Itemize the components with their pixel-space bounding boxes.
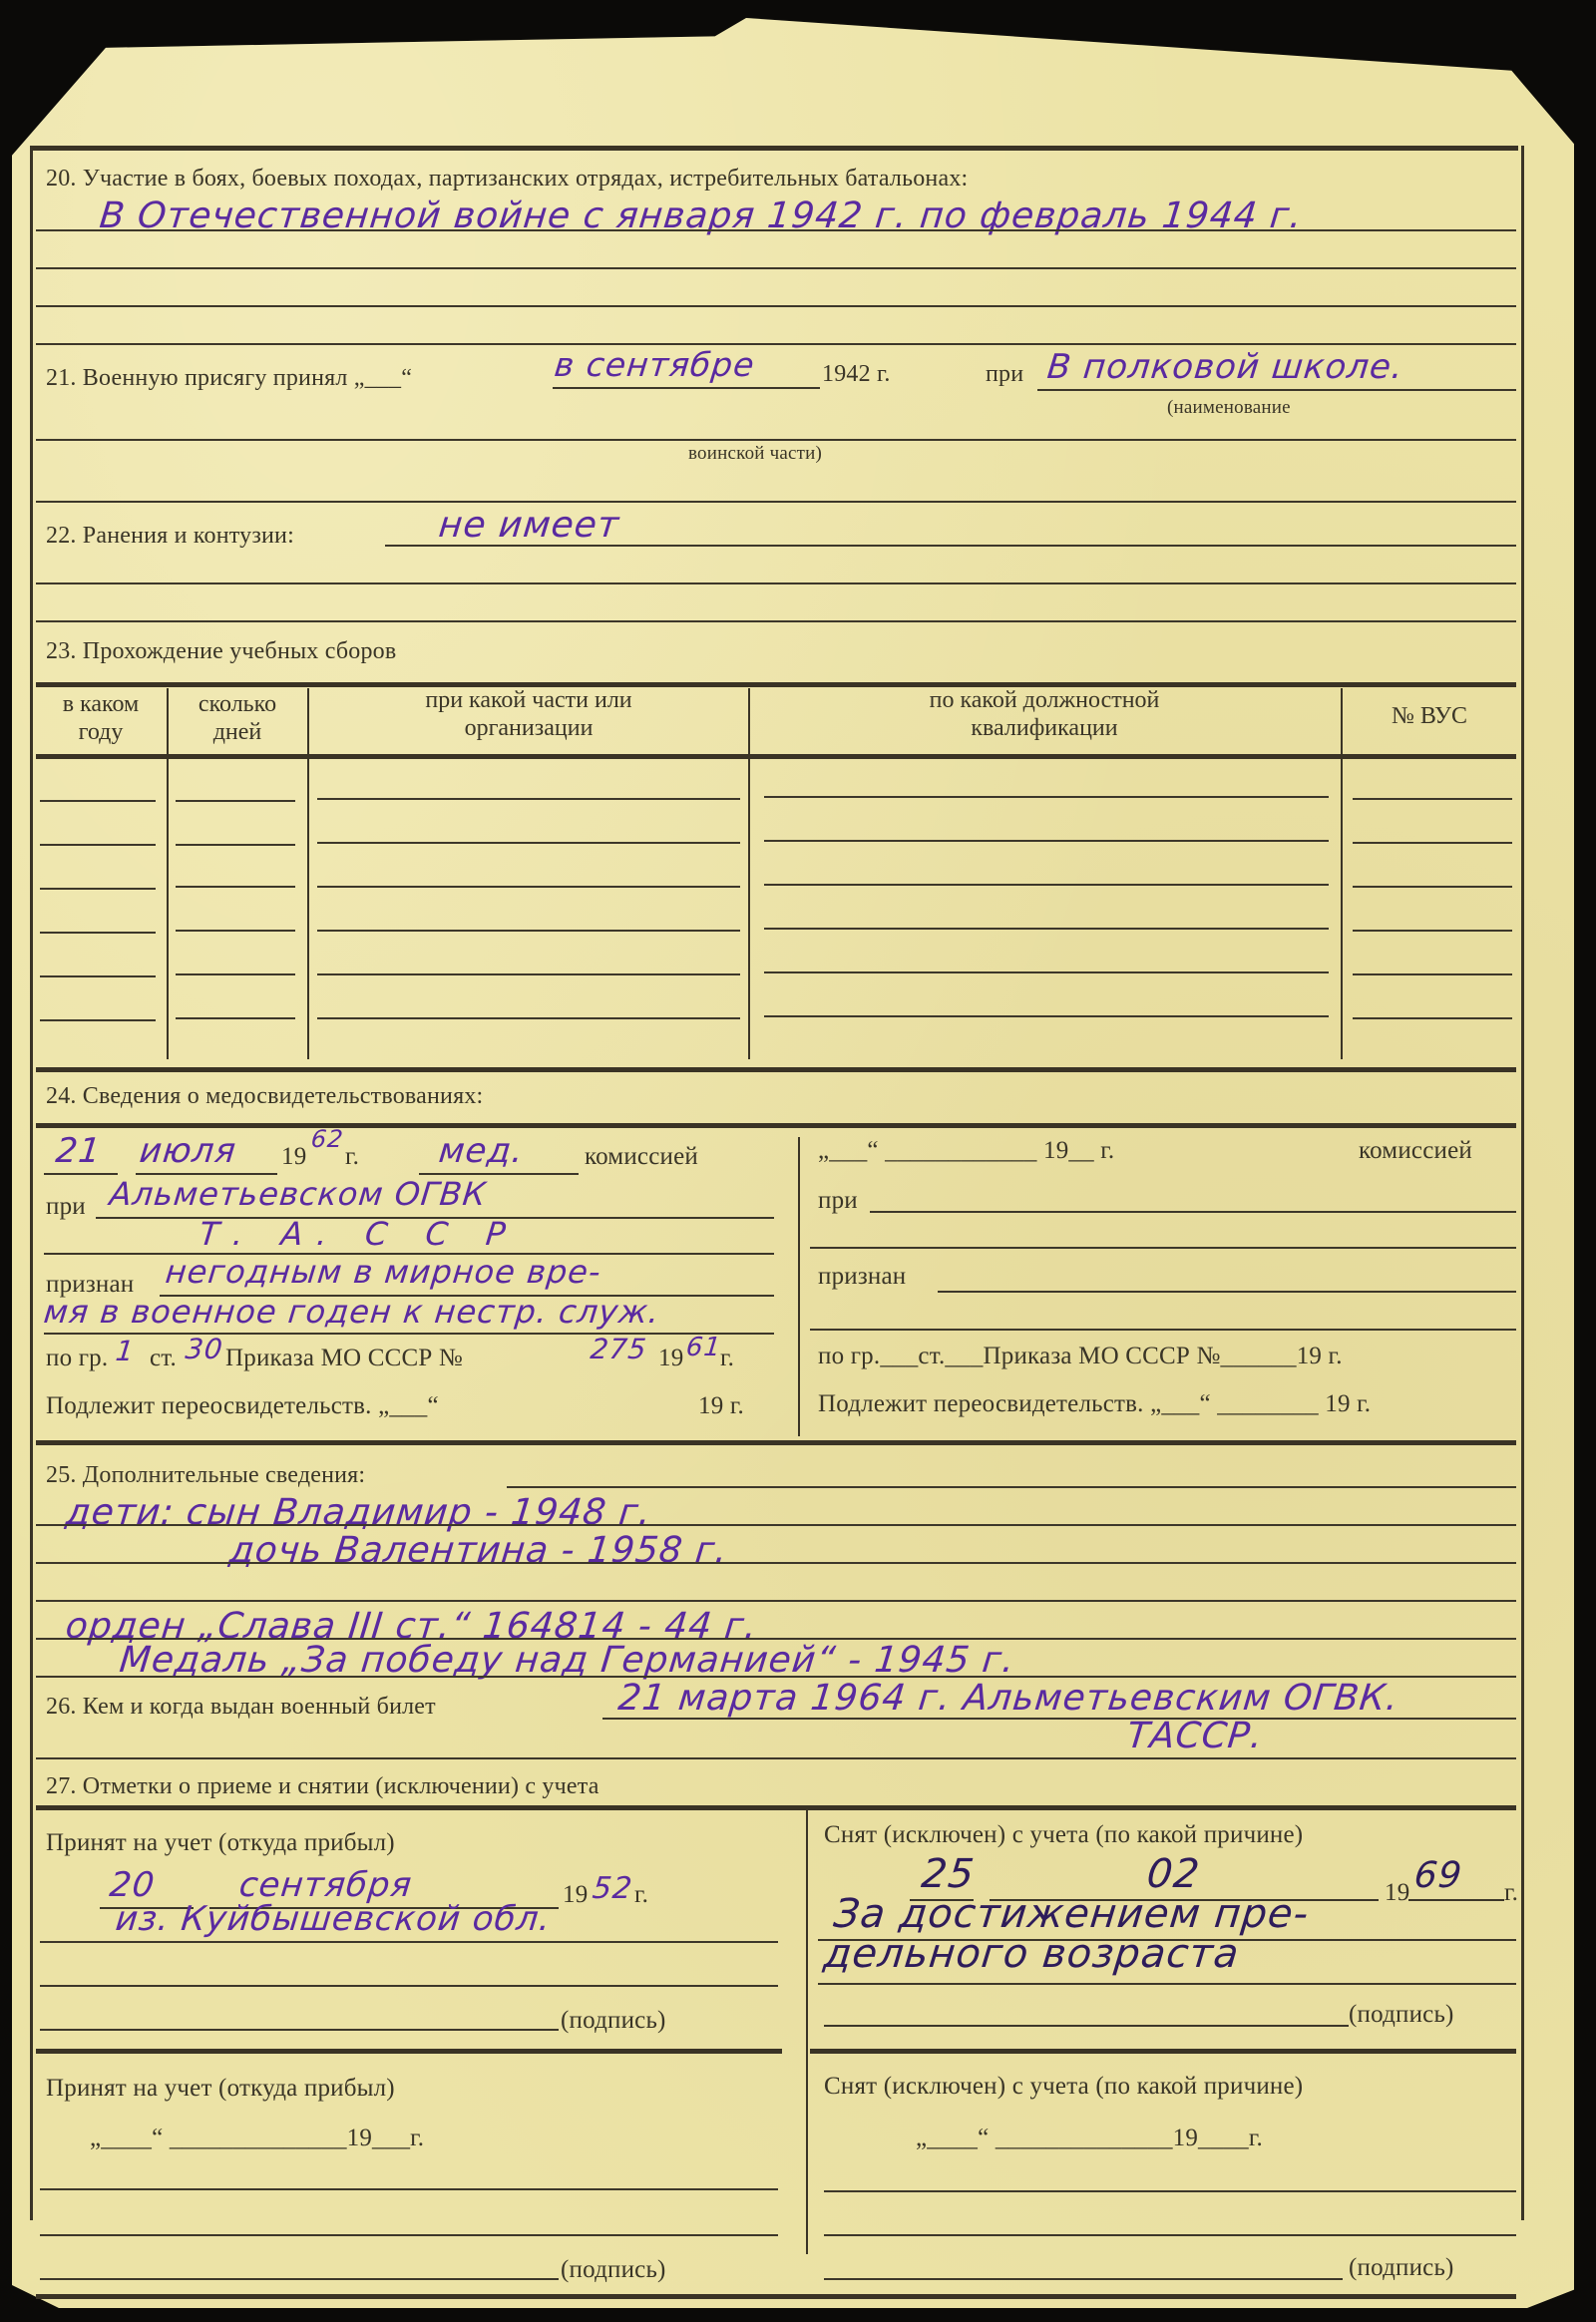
signature-label-3: (подпись): [561, 2256, 666, 2284]
col-header-days: сколькодней: [168, 690, 307, 746]
med-order-gr-label: по гр.: [46, 1345, 108, 1372]
id-issued-entry-1: 21 марта 1964 г. Альметьевским ОГВК.: [616, 1678, 1400, 1719]
med-commission-type: мед.: [437, 1131, 526, 1171]
registration-column-divider: [806, 1809, 808, 2254]
removed-year-prefix-1: 19: [1385, 1879, 1409, 1907]
col-header-unit: при какой части илиорганизации: [309, 686, 748, 742]
divider: [36, 582, 1516, 584]
med-reexam-label: Подлежит переосвидетельств. „___“: [46, 1392, 439, 1420]
col-header-vus: № ВУС: [1343, 702, 1516, 730]
table-col-divider: [748, 688, 750, 1059]
section-26-label: 26. Кем и когда выдан военный билет: [46, 1694, 436, 1721]
med2-order-line: по гр.___ст.___Приказа МО СССР №______19…: [818, 1343, 1343, 1370]
med-order-no: 275: [589, 1333, 648, 1365]
section-22-label: 22. Ранения и контузии:: [46, 523, 294, 550]
section-23-label: 23. Прохождение учебных сборов: [46, 638, 396, 665]
divider: [36, 501, 1516, 503]
accepted-label-2: Принят на учет (откуда прибыл): [46, 2075, 395, 2103]
section-24-label: 24. Сведения о медосвидетельствованиях:: [46, 1083, 483, 1110]
oath-year: 1942 г.: [822, 361, 891, 388]
accepted-date-line-2: „____“ ______________19___г.: [90, 2125, 424, 2152]
removed-year-1: 69: [1412, 1855, 1464, 1896]
section-20-label: 20. Участие в боях, боевых походах, парт…: [46, 166, 968, 193]
removed-reason-2: дельного возраста: [822, 1931, 1242, 1977]
oath-month: в сентябре: [553, 345, 757, 384]
divider: [36, 267, 1516, 269]
oath-at-label: при: [986, 361, 1023, 388]
med-order-year: 61: [684, 1333, 722, 1362]
signature-label-1: (подпись): [561, 2007, 666, 2035]
divider: [36, 1123, 1516, 1128]
med-order-st-label: ст.: [150, 1345, 177, 1372]
divider: [36, 229, 1516, 231]
med-recognized-2: мя в военное годен к нестр. служ.: [42, 1293, 661, 1331]
med2-recognized-label: признан: [818, 1263, 906, 1291]
accepted-g-1: г.: [634, 1881, 648, 1909]
med-order-st: 30: [184, 1333, 224, 1365]
table-header-border: [36, 754, 1516, 759]
extra-line-4: Медаль „За победу над Германией“ - 1945 …: [118, 1640, 1017, 1681]
med-reexam-year: 19 г.: [698, 1392, 744, 1420]
oath-month-line: [553, 387, 820, 389]
signature-label-4: (подпись): [1349, 2254, 1454, 2282]
wounds-entry: не имеет: [437, 505, 621, 546]
divider: [36, 343, 1516, 345]
med-commission-label: комиссией: [585, 1143, 698, 1171]
table-col-divider: [167, 688, 169, 1059]
med-order-year-prefix: 19: [658, 1345, 683, 1372]
oath-unit-line: [1037, 389, 1516, 391]
med-at-value-1: Альметьевском ОГВК: [108, 1175, 489, 1213]
divider: [36, 1440, 1516, 1445]
divider: [36, 1805, 1516, 1810]
divider: [385, 545, 1516, 547]
med-year: 62: [310, 1125, 345, 1153]
accepted-year-1: 52: [591, 1871, 634, 1906]
extra-line-2: дочь Валентина - 1958 г.: [227, 1530, 730, 1571]
section-25-label: 25. Дополнительные сведения:: [46, 1462, 365, 1489]
med-month: июля: [138, 1131, 238, 1171]
med-recognized-1: негодным в мирное вре-: [164, 1253, 603, 1291]
accepted-from-1: из. Куйбышевской обл.: [114, 1899, 553, 1939]
section-27-label: 27. Отметки о приеме и снятии (исключени…: [46, 1773, 599, 1800]
med-day: 21: [54, 1131, 103, 1171]
divider: [36, 305, 1516, 307]
removed-date-line-2: „____“ ______________19____г.: [916, 2125, 1263, 2152]
med-at-label: при: [46, 1193, 86, 1221]
med-at-value-2: Т. А. С С Р: [198, 1215, 521, 1253]
id-issued-entry-2: ТАССР.: [1125, 1716, 1265, 1756]
med-g: г.: [345, 1143, 359, 1171]
accepted-year-prefix-1: 19: [563, 1881, 588, 1909]
med-order-g: г.: [720, 1345, 734, 1372]
divider: [36, 439, 1516, 441]
removed-g-1: г.: [1504, 1879, 1518, 1907]
med2-commission-label: комиссией: [1359, 1137, 1472, 1165]
col-header-qualification: по какой должностнойквалификации: [750, 686, 1339, 742]
med-year-prefix: 19: [281, 1143, 306, 1171]
med2-date-line: „___“ ____________ 19__ г.: [818, 1137, 1114, 1165]
med-order-gr: 1: [114, 1335, 136, 1367]
accepted-label-1: Принят на учет (откуда прибыл): [46, 1829, 395, 1857]
med2-reexam-label: Подлежит переосвидетельств. „___“ ______…: [818, 1390, 1371, 1418]
med2-at-label: при: [818, 1187, 858, 1215]
extra-line-1: дети: сын Владимир - 1948 г.: [64, 1492, 653, 1533]
table-bottom-border: [36, 1067, 1516, 1072]
top-border: [32, 146, 1518, 151]
divider: [36, 620, 1516, 622]
caption-voinskoy-chasti: воинской части): [688, 443, 822, 465]
section-21-label: 21. Военную присягу принял „___“: [46, 365, 412, 392]
med-column-divider: [798, 1137, 800, 1436]
oath-unit: В полковой школе.: [1045, 347, 1405, 387]
table-col-divider: [1341, 688, 1343, 1059]
signature-label-2: (подпись): [1349, 2001, 1454, 2029]
removed-label-2: Снят (исключен) с учета (по какой причин…: [824, 2073, 1303, 2101]
table-col-divider: [307, 688, 309, 1059]
med-order-label: Приказа МО СССР №: [225, 1345, 463, 1372]
bottom-border: [36, 2294, 1516, 2299]
removed-label-1: Снят (исключен) с учета (по какой причин…: [824, 1821, 1303, 1849]
col-header-year: в какомгоду: [36, 690, 166, 746]
caption-naimenovanie: (наименование: [1167, 397, 1291, 419]
